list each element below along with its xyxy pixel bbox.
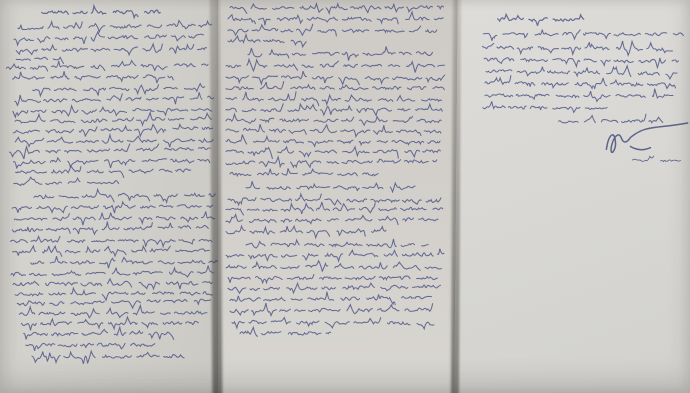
- handwriting-line: [13, 104, 212, 117]
- handwriting-line: [13, 278, 212, 292]
- handwriting-line: [246, 181, 415, 192]
- handwriting-line: [32, 350, 184, 365]
- handwriting-line: [230, 4, 443, 14]
- handwriting-line: [12, 70, 173, 85]
- handwriting-line: [15, 112, 211, 127]
- handwriting-line: [14, 30, 203, 45]
- handwriting-line: [24, 327, 174, 342]
- handwriting-line: [226, 226, 386, 238]
- handwriting-line: [10, 234, 212, 248]
- handwriting-line: [16, 165, 191, 179]
- handwriting-line: [226, 59, 444, 72]
- handwriting-line: [14, 156, 210, 169]
- handwriting-line: [226, 135, 440, 147]
- handwriting-line: [482, 40, 672, 56]
- handwriting-line: [230, 292, 432, 305]
- letter-page-left: [0, 0, 228, 393]
- handwriting-line: [226, 71, 445, 85]
- handwriting-line: [15, 92, 214, 106]
- handwriting-line: [228, 194, 441, 205]
- handwriting-line: [19, 305, 207, 319]
- handwriting-line: [226, 124, 441, 136]
- handwriting-line: [226, 249, 444, 261]
- handwriting-line: [13, 244, 210, 257]
- handwriting-line: [484, 56, 678, 67]
- handwriting-line: [483, 29, 683, 42]
- handwriting-line: [228, 275, 437, 283]
- handwriting-line: [226, 114, 441, 125]
- greeting-heading-line: [42, 5, 161, 18]
- handwriting-line: [13, 124, 213, 138]
- letter-page-right: [454, 0, 690, 393]
- handwriting-line: [34, 188, 215, 204]
- handwriting-line: [226, 82, 444, 90]
- handwriting-line: [226, 215, 438, 225]
- photo-of-handwritten-letters: [0, 0, 690, 393]
- handwriting-line: [226, 92, 442, 106]
- handwriting-line: [485, 75, 676, 89]
- handwriting-line: [230, 168, 378, 175]
- handwriting-line: [228, 12, 443, 25]
- letter-page-middle: [218, 0, 459, 393]
- handwriting-line: [226, 157, 437, 167]
- handwriting-line: [240, 327, 331, 336]
- handwriting-line: [15, 134, 213, 149]
- handwriting-line: [486, 65, 677, 79]
- handwriting-line: [12, 220, 208, 235]
- handwriting-line: [228, 24, 437, 36]
- handwriting-line: [26, 342, 155, 351]
- handwriting-line: [228, 283, 441, 293]
- handwriting-line: [9, 143, 210, 159]
- handwriting-line: [226, 147, 440, 159]
- signature-name: [632, 156, 680, 162]
- handwriting-line: [16, 43, 206, 56]
- handwriting-line: [483, 101, 607, 112]
- handwriting-line: [246, 239, 428, 248]
- handwriting-line: [230, 303, 433, 316]
- handwriting-middle: [218, 0, 459, 393]
- handwriting-line: [6, 59, 208, 72]
- signature-flourish: [606, 122, 687, 153]
- handwriting-line: [21, 316, 198, 330]
- handwriting-line: [17, 299, 210, 310]
- greeting-heading-line: [497, 14, 583, 26]
- handwriting-line: [33, 84, 205, 97]
- handwriting-line: [11, 265, 213, 279]
- handwriting-line: [15, 287, 212, 302]
- closing-line: [559, 114, 663, 124]
- handwriting-line: [14, 211, 214, 226]
- handwriting-line: [12, 201, 213, 214]
- handwriting-line: [31, 254, 219, 269]
- handwriting-line: [226, 104, 442, 116]
- handwriting-line: [226, 261, 441, 271]
- handwriting-line: [232, 318, 434, 329]
- handwriting-line: [16, 57, 63, 64]
- handwriting-line: [228, 35, 306, 47]
- handwriting-left: [0, 0, 228, 393]
- handwriting-right: [454, 0, 690, 393]
- handwriting-line: [18, 20, 212, 33]
- handwriting-line: [14, 176, 119, 185]
- handwriting-line: [485, 87, 673, 102]
- handwriting-line: [248, 47, 433, 61]
